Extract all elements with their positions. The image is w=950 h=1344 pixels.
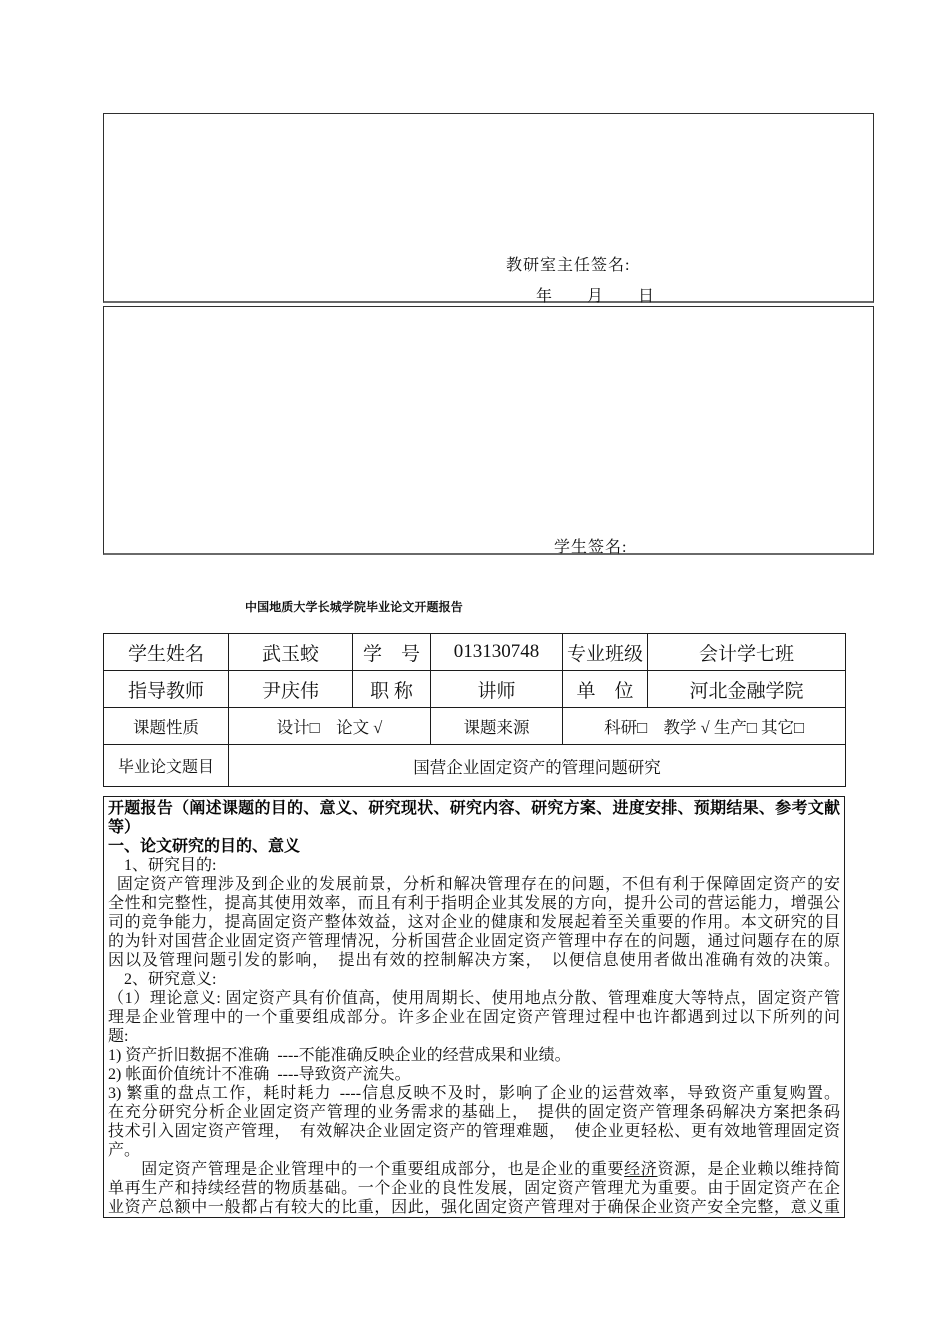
report-line: 1、研究目的: bbox=[108, 856, 840, 875]
report-text: 司的竞争能力，提高固定资产整体效益，这对企业的健康和发展起着至关重要的作用。本文… bbox=[108, 914, 840, 931]
report-line: 产。 bbox=[108, 1141, 840, 1160]
report-text: 2、研究意义: bbox=[108, 971, 216, 988]
report-text: 技术引入固定资产管理， 有效解决企业固定资产的管理难题， 使企业更轻松、更有效地… bbox=[108, 1123, 840, 1140]
table-row: 毕业论文题目 国营企业固定资产的管理问题研究 bbox=[104, 745, 846, 787]
report-text: 1、研究目的: bbox=[108, 857, 216, 874]
report-text: 理是企业管理中的一个重要组成部分。许多企业在固定资产管理过程中也许都遇到过以下所… bbox=[108, 1009, 840, 1026]
report-text: 单再生产和持续经营的物质基础。一个企业的良性发展，固定资产管理尤为重要。由于固定… bbox=[108, 1180, 840, 1197]
report-text: 一、论文研究的目的、意义 bbox=[108, 838, 300, 855]
report-text: 产。 bbox=[108, 1142, 140, 1159]
report-line: 单再生产和持续经营的物质基础。一个企业的良性发展，固定资产管理尤为重要。由于固定… bbox=[108, 1179, 840, 1198]
cell-topic-source-options: 科研□ 教学 √ 生产□ 其它□ bbox=[563, 708, 846, 745]
report-text: 的为针对国营企业固定资产管理情况，分析国营企业固定资产管理中存在的问题，通过问题… bbox=[108, 933, 840, 950]
signature-box-top: 教研室主任签名: 年 月 日 bbox=[103, 113, 874, 303]
report-text: 全性和完整性，提高其使用效率，而且有利于指明企业其发展的方向，提升公司的营运能力… bbox=[108, 895, 840, 912]
report-text: 开题报告（阐述课题的目的、意义、研究现状、研究内容、研究方案、进度安排、预期结果… bbox=[108, 800, 840, 817]
report-text: 业资产总额中一般都占有较大的比重，因此，强化固定资产管理对于确保企业资产安全完整… bbox=[108, 1199, 840, 1216]
cell-thesis-title-label: 毕业论文题目 bbox=[104, 745, 229, 787]
cell-topic-source-label: 课题来源 bbox=[431, 708, 563, 745]
page-title: 中国地质大学长城学院毕业论文开题报告 bbox=[245, 598, 463, 615]
cell-student-id-value: 013130748 bbox=[431, 634, 563, 671]
report-text: 固定资产管理是企业管理中的一个重要组成部分，也是企业的重要 bbox=[108, 1161, 624, 1178]
date-line-label: 年 月 日 bbox=[536, 283, 655, 306]
report-text: 等） bbox=[108, 819, 140, 836]
report-line: 题: bbox=[108, 1027, 840, 1046]
document-page: 教研室主任签名: 年 月 日 学生签名: 中国地质大学长城学院毕业论文开题报告 … bbox=[0, 0, 950, 1344]
director-signature-label: 教研室主任签名: bbox=[506, 252, 630, 275]
cell-unit-label: 单 位 bbox=[563, 671, 648, 708]
report-line: 3) 繁重的盘点工作，耗时耗力 ----信息反映不及时，影响了企业的运营效率，导… bbox=[108, 1084, 840, 1103]
report-text: （1）理论意义: 固定资产具有价值高，使用周期长、使用地点分散、管理难度大等特点… bbox=[108, 990, 840, 1007]
cell-unit-value: 河北金融学院 bbox=[648, 671, 846, 708]
student-info-table: 学生姓名 武玉蛟 学 号 013130748 专业班级 会计学七班 指导教师 尹… bbox=[103, 633, 846, 787]
report-line: 2、研究意义: bbox=[108, 970, 840, 989]
report-text: 3) 繁重的盘点工作，耗时耗力 ----信息反映不及时，影响了企业的运营效率，导… bbox=[108, 1085, 840, 1102]
cell-student-name-value: 武玉蛟 bbox=[229, 634, 353, 671]
cell-class-label: 专业班级 bbox=[563, 634, 648, 671]
cell-topic-type-options: 设计□ 论文 √ bbox=[229, 708, 431, 745]
report-body: 开题报告（阐述课题的目的、意义、研究现状、研究内容、研究方案、进度安排、预期结果… bbox=[108, 799, 840, 1217]
report-text: 在充分研究分析企业固定资产管理的业务需求的基础上， 提供的固定资产管理条码解决方… bbox=[108, 1104, 840, 1121]
report-line: 开题报告（阐述课题的目的、意义、研究现状、研究内容、研究方案、进度安排、预期结果… bbox=[108, 799, 840, 818]
report-line: 技术引入固定资产管理， 有效解决企业固定资产的管理难题， 使企业更轻松、更有效地… bbox=[108, 1122, 840, 1141]
cell-student-name-label: 学生姓名 bbox=[104, 634, 229, 671]
report-line: 业资产总额中一般都占有较大的比重，因此，强化固定资产管理对于确保企业资产安全完整… bbox=[108, 1198, 840, 1217]
cell-advisor-label: 指导教师 bbox=[104, 671, 229, 708]
report-text: 因以及管理问题引发的影响， 提出有效的控制解决方案， 以便信息使用者做出准确有效… bbox=[108, 952, 840, 969]
cell-advisor-value: 尹庆伟 bbox=[229, 671, 353, 708]
report-line: 全性和完整性，提高其使用效率，而且有利于指明企业其发展的方向，提升公司的营运能力… bbox=[108, 894, 840, 913]
proposal-report-box: 开题报告（阐述课题的目的、意义、研究现状、研究内容、研究方案、进度安排、预期结果… bbox=[103, 796, 845, 1218]
table-row: 学生姓名 武玉蛟 学 号 013130748 专业班级 会计学七班 bbox=[104, 634, 846, 671]
report-line: 固定资产管理是企业管理中的一个重要组成部分，也是企业的重要经济资源，是企业赖以维… bbox=[108, 1160, 840, 1179]
cell-student-id-label: 学 号 bbox=[353, 634, 431, 671]
cell-title-rank-label: 职 称 bbox=[353, 671, 431, 708]
cell-class-value: 会计学七班 bbox=[648, 634, 846, 671]
report-line: 一、论文研究的目的、意义 bbox=[108, 837, 840, 856]
report-line: 司的竞争能力，提高固定资产整体效益，这对企业的健康和发展起着至关重要的作用。本文… bbox=[108, 913, 840, 932]
cell-topic-type-label: 课题性质 bbox=[104, 708, 229, 745]
report-text: 1) 资产折旧数据不准确 ----不能准确反映企业的经营成果和业绩。 bbox=[108, 1047, 571, 1064]
report-line: 2) 帐面价值统计不准确 ----导致资产流失。 bbox=[108, 1065, 840, 1084]
report-line: （1）理论意义: 固定资产具有价值高，使用周期长、使用地点分散、管理难度大等特点… bbox=[108, 989, 840, 1008]
report-text: 2) 帐面价值统计不准确 ----导致资产流失。 bbox=[108, 1066, 411, 1083]
report-line: 固定资产管理涉及到企业的发展前景，分析和解决管理存在的问题，不但有利于保障固定资… bbox=[108, 875, 840, 894]
signature-box-bottom: 学生签名: bbox=[103, 306, 874, 555]
table-row: 课题性质 设计□ 论文 √ 课题来源 科研□ 教学 √ 生产□ 其它□ bbox=[104, 708, 846, 745]
cell-thesis-title-value: 国营企业固定资产的管理问题研究 bbox=[229, 745, 846, 787]
underlined-term: 经济 bbox=[624, 1161, 657, 1178]
cell-title-rank-value: 讲师 bbox=[431, 671, 563, 708]
table-row: 指导教师 尹庆伟 职 称 讲师 单 位 河北金融学院 bbox=[104, 671, 846, 708]
report-line: 1) 资产折旧数据不准确 ----不能准确反映企业的经营成果和业绩。 bbox=[108, 1046, 840, 1065]
report-line: 在充分研究分析企业固定资产管理的业务需求的基础上， 提供的固定资产管理条码解决方… bbox=[108, 1103, 840, 1122]
report-line: 等） bbox=[108, 818, 840, 837]
report-line: 的为针对国营企业固定资产管理情况，分析国营企业固定资产管理中存在的问题，通过问题… bbox=[108, 932, 840, 951]
report-line: 因以及管理问题引发的影响， 提出有效的控制解决方案， 以便信息使用者做出准确有效… bbox=[108, 951, 840, 970]
report-text: 固定资产管理涉及到企业的发展前景，分析和解决管理存在的问题，不但有利于保障固定资… bbox=[108, 876, 840, 893]
report-text: 资源，是企业赖以维持简 bbox=[657, 1161, 840, 1178]
report-line: 理是企业管理中的一个重要组成部分。许多企业在固定资产管理过程中也许都遇到过以下所… bbox=[108, 1008, 840, 1027]
report-text: 题: bbox=[108, 1028, 128, 1045]
student-signature-label: 学生签名: bbox=[554, 534, 627, 557]
